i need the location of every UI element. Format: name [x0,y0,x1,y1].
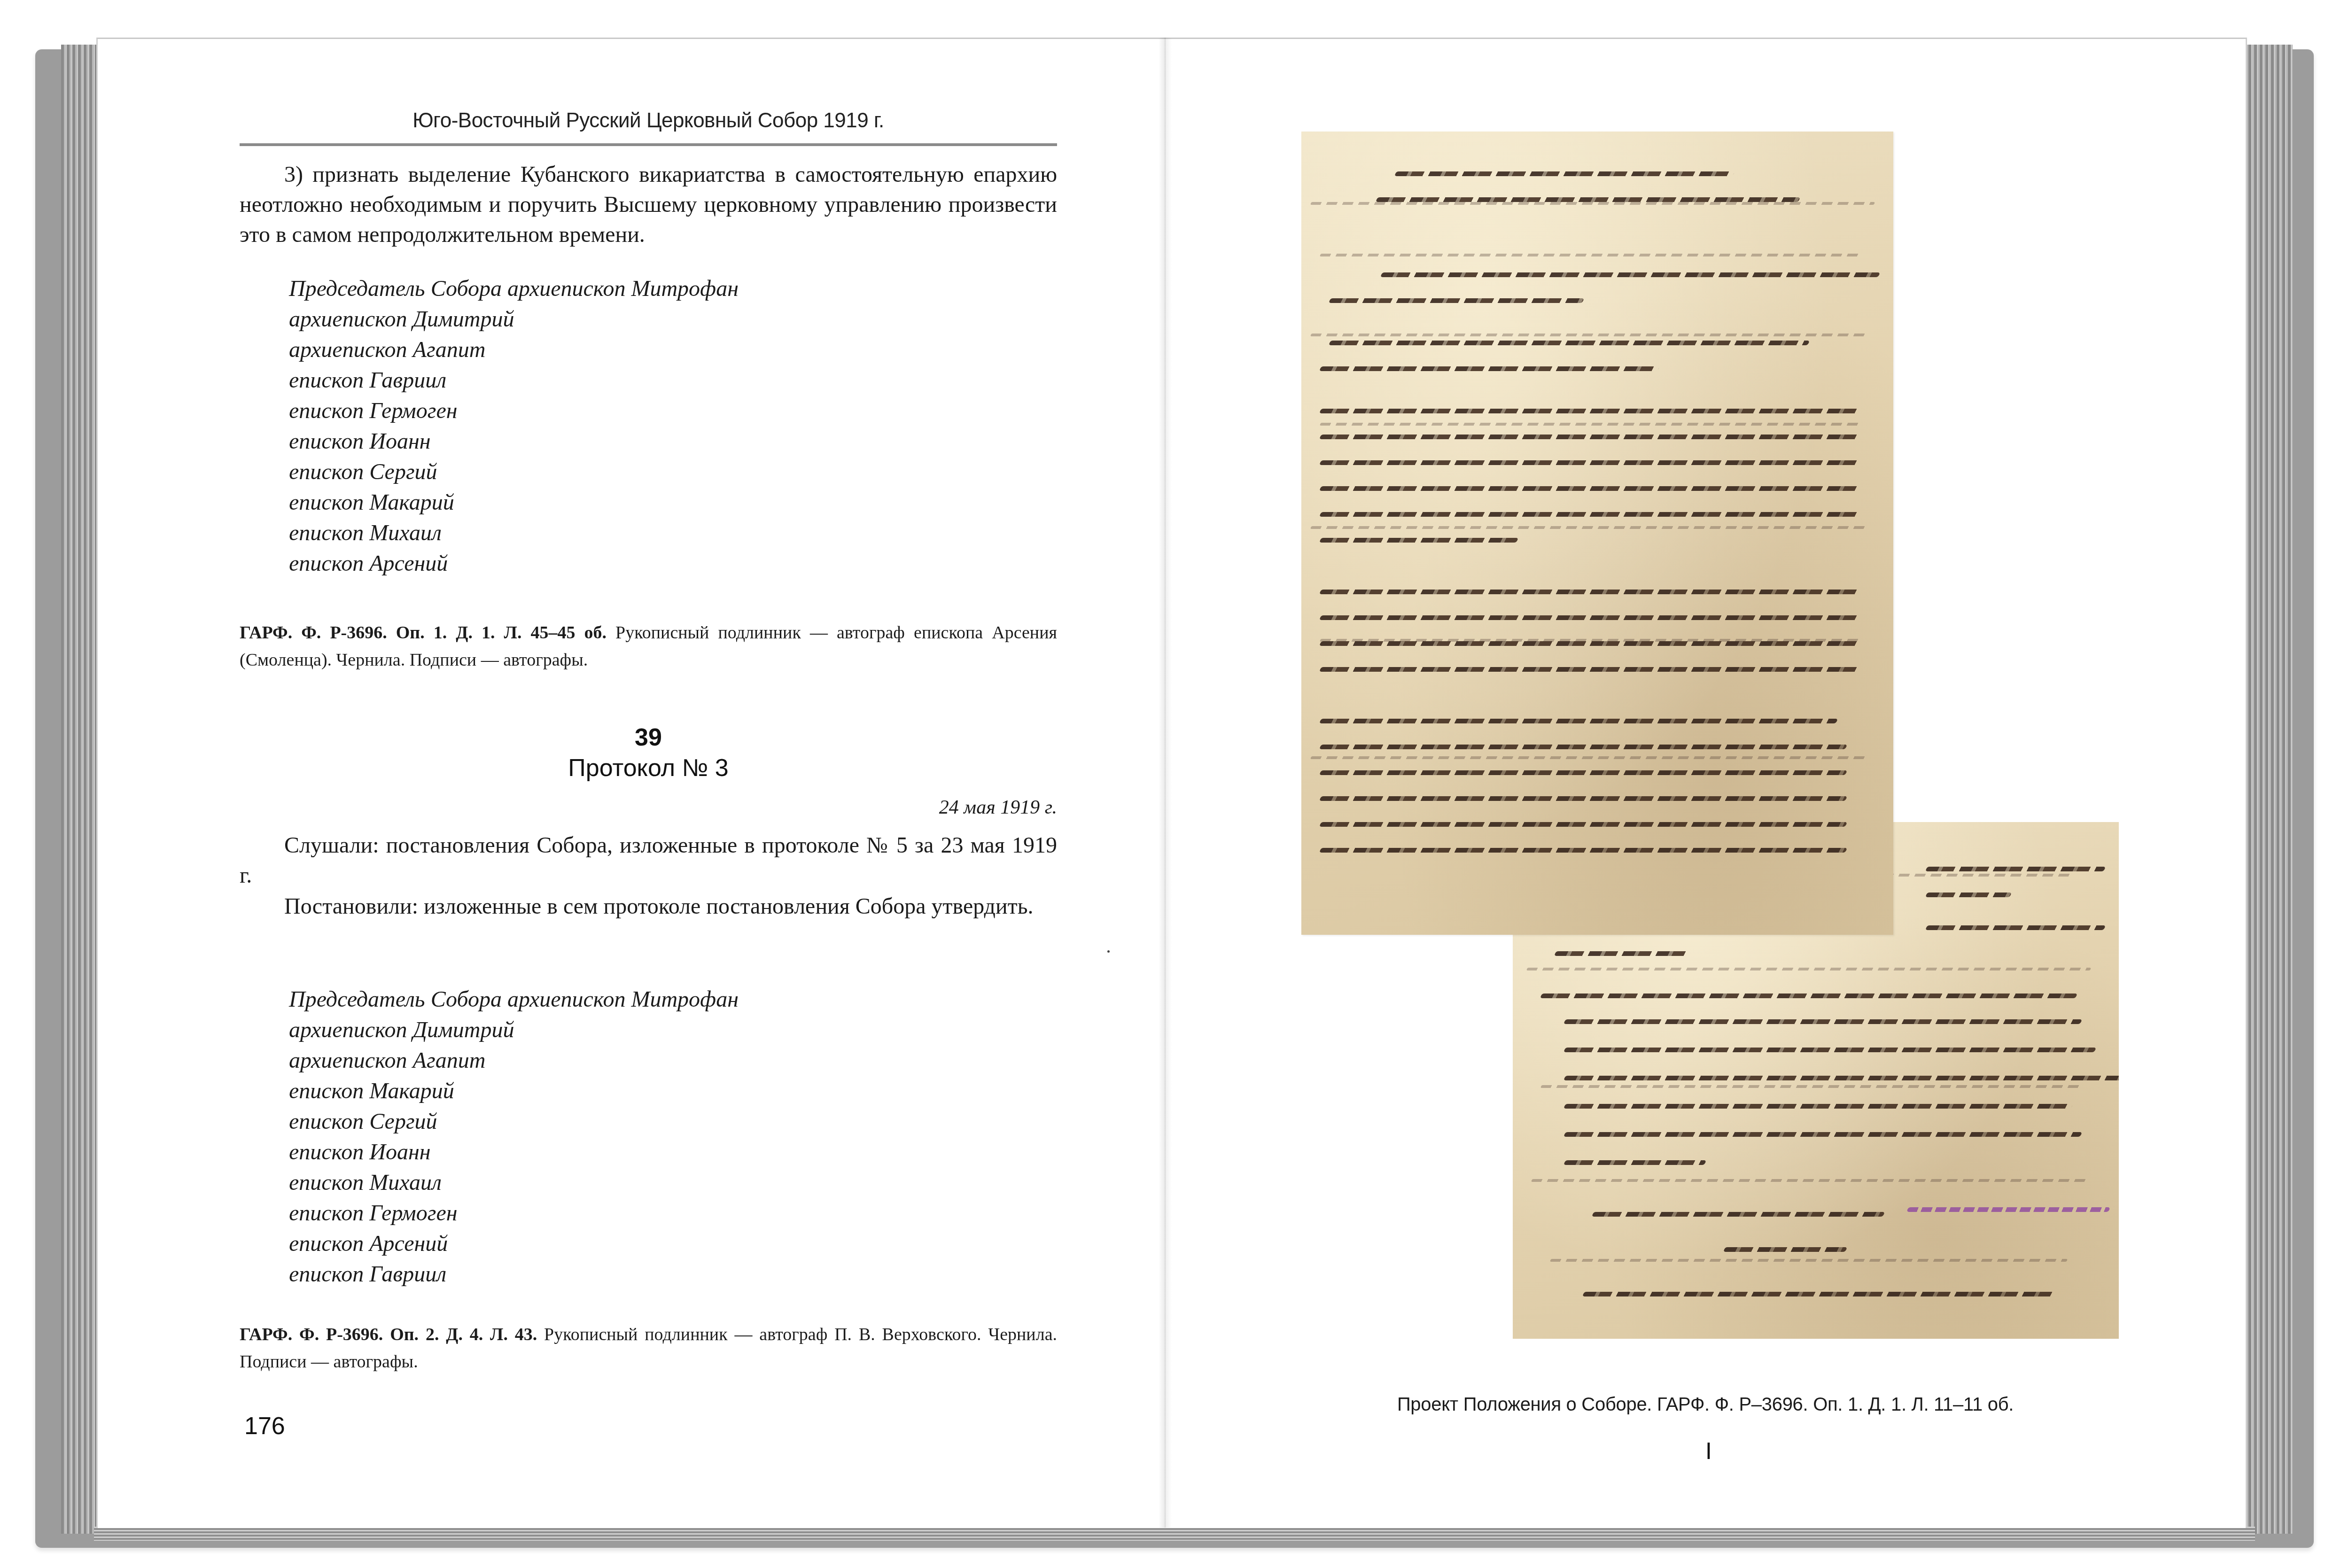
page-edges-bottom [94,1527,2255,1541]
manuscript-image-1 [1301,132,1893,935]
signature: Председатель Собора архиепископ Митрофан [289,273,900,304]
resolved-paragraph: Постановили: изложенные в сем протоколе … [240,892,1057,922]
document-number: 39 [240,723,1057,752]
signature: епископ Макарий [289,487,900,518]
source-reference: ГАРФ. Ф. Р-3696. Оп. 2. Д. 4. Л. 43. [240,1325,537,1344]
signature-list-2: Председатель Собора архиепископ Митрофан… [289,984,900,1289]
continuation-paragraph: 3) признать выделение Кубанского викариа… [240,160,1057,250]
archival-source-2: ГАРФ. Ф. Р-3696. Оп. 2. Д. 4. Л. 43. Рук… [240,1321,1057,1375]
signature: епископ Арсений [289,548,900,579]
document-title: Протокол № 3 [240,754,1057,782]
page-edges-right [2246,45,2293,1534]
signature: епископ Макарий [289,1076,900,1106]
heard-text: Слушали: постановления Собора, изложенны… [240,833,1057,888]
signature: епископ Иоанн [289,1137,900,1167]
signature-list-1: Председатель Собора архиепископ Митрофан… [289,273,900,579]
signature: архиепископ Агапит [289,334,900,365]
figure-caption: Проект Положения о Соборе. ГАРФ. Ф. Р–36… [1353,1394,2058,1415]
header-rule [240,143,1057,146]
print-speck [1107,950,1110,953]
signature: епископ Михаил [289,518,900,548]
signature: епископ Иоанн [289,426,900,457]
signature: епископ Михаил [289,1167,900,1198]
signature: епископ Сергий [289,457,900,487]
heard-paragraph: Слушали: постановления Собора, изложенны… [240,831,1057,891]
left-page [96,38,1167,1528]
continuation-text: 3) признать выделение Кубанского викариа… [240,162,1057,247]
book-gutter [1159,38,1172,1528]
signature: епископ Гермоген [289,1198,900,1228]
running-head: Юго-Восточный Русский Церковный Собор 19… [240,109,1057,132]
signature: епископ Гавриил [289,1259,900,1289]
signature: епископ Гермоген [289,396,900,426]
source-reference: ГАРФ. Ф. Р-3696. Оп. 1. Д. 1. Л. 45–45 о… [240,623,607,643]
page-number: 176 [244,1412,285,1440]
archival-source-1: ГАРФ. Ф. Р-3696. Оп. 1. Д. 1. Л. 45–45 о… [240,619,1057,674]
signature: Председатель Собора архиепископ Митрофан [289,984,900,1015]
document-date: 24 мая 1919 г. [240,796,1057,819]
resolved-text: Постановили: изложенные в сем протоколе … [284,894,1034,919]
signature: архиепископ Агапит [289,1045,900,1076]
signature: архиепископ Димитрий [289,1015,900,1045]
signature: архиепископ Димитрий [289,304,900,334]
page-marker: I [1705,1437,1712,1465]
signature: епископ Сергий [289,1106,900,1137]
signature: епископ Арсений [289,1228,900,1259]
signature: епископ Гавриил [289,365,900,396]
